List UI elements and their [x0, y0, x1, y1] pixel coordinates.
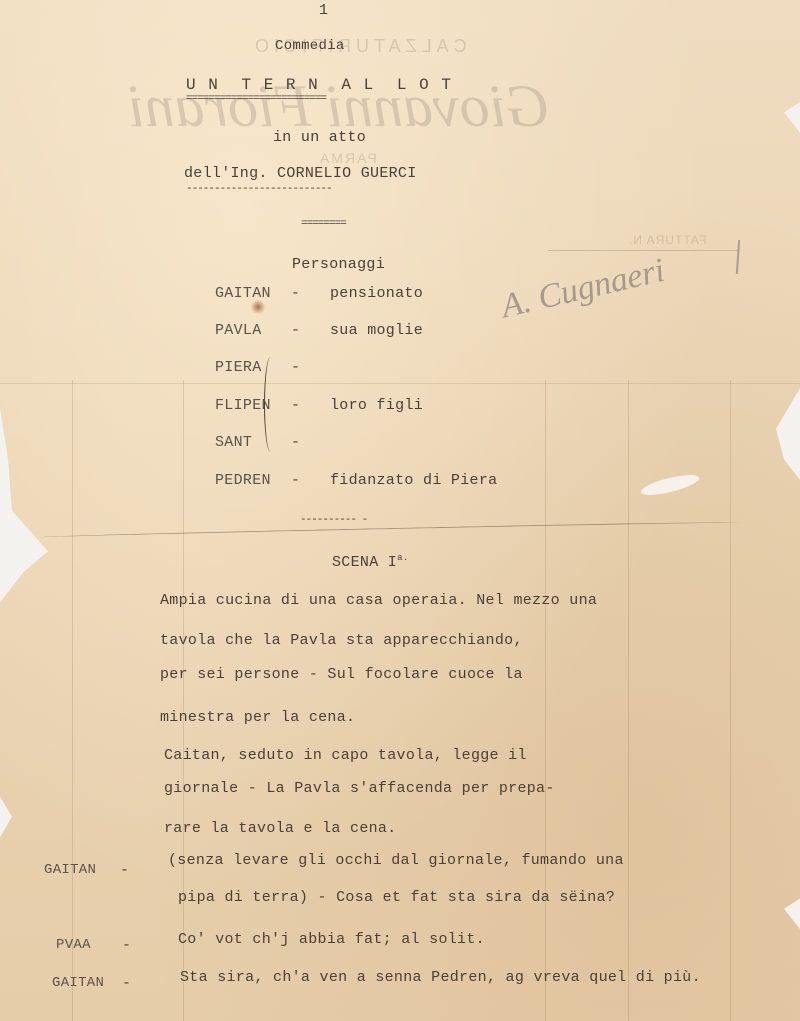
ruled-line: [72, 380, 73, 1021]
author-line: dell'Ing. CORNELIO GUERCI: [184, 165, 417, 182]
letterhead-line: [548, 250, 738, 251]
section-separator: ========: [301, 218, 346, 230]
stage-direction-line: giornale - La Pavla s'affacenda per prep…: [164, 780, 555, 797]
ruled-line: [628, 380, 629, 1021]
cast-dash: -: [291, 434, 300, 451]
scene-heading: SCENA Ia.: [332, 553, 409, 571]
ink-stain: [250, 300, 266, 314]
dialogue-line: pipa di terra) - Cosa et fat sta sira da…: [178, 889, 615, 906]
stage-direction-line: minestra per la cena.: [160, 709, 355, 726]
dialogue-dash: -: [122, 975, 131, 992]
cast-dash: -: [291, 359, 300, 376]
stage-direction-line: rare la tavola e la cena.: [164, 820, 397, 837]
page-number: 1: [319, 2, 328, 19]
scene-heading-text: SCENA I: [332, 554, 397, 571]
cast-role: loro figli: [330, 397, 423, 414]
cast-dash: -: [291, 397, 300, 414]
cast-name: PAVLA: [215, 322, 262, 339]
paper-tear: [40, 521, 740, 540]
cast-name: PEDREN: [215, 472, 271, 489]
cast-heading: Personaggi: [292, 256, 385, 273]
ruled-line: [183, 380, 184, 1021]
scene-heading-superscript: a.: [397, 553, 408, 563]
cast-name: FLIPEN: [215, 397, 271, 414]
author-underline: --------------------------: [186, 183, 332, 195]
stage-direction-line: Ampia cucina di una casa operaia. Nel me…: [160, 592, 597, 609]
stage-direction-line: per sei persone - Sul focolare cuoce la: [160, 666, 523, 683]
play-subtitle: in un atto: [273, 129, 366, 146]
cast-name: PIERA: [215, 359, 262, 376]
dialogue-speaker: GAITAN: [52, 975, 104, 991]
dialogue-line: (senza levare gli occhi dal giornale, fu…: [168, 852, 624, 869]
dialogue-dash: -: [120, 862, 129, 879]
ruled-line: [730, 380, 731, 1021]
stage-direction-line: Caitan, seduto in capo tavola, legge il: [164, 747, 527, 764]
letterhead-invoice-label: FATTURA N.: [628, 233, 706, 247]
typewritten-page: CALZATURIFICIO Giovanni Fiorani PARMA FA…: [0, 0, 800, 1021]
cast-name: SANT: [215, 434, 252, 451]
pencil-mark: [736, 240, 740, 274]
dialogue-speaker: GAITAN: [44, 862, 96, 878]
dialogue-speaker: PVAA: [56, 937, 91, 953]
cast-dash: -: [291, 322, 300, 339]
play-title: U N T E R N A L L O T: [186, 76, 452, 94]
pencil-signature: A. Cugnaeri: [498, 252, 669, 326]
cast-role: sua moglie: [330, 322, 423, 339]
cast-end-separator: ---------- -: [300, 514, 367, 526]
cast-role: fidanzato di Piera: [330, 472, 497, 489]
dialogue-dash: -: [122, 937, 131, 954]
ruled-line: [545, 380, 546, 1021]
cast-role: pensionato: [330, 285, 423, 302]
ruled-line: [0, 383, 800, 384]
dialogue-line: Co' vot ch'j abbia fat; al solit.: [178, 931, 485, 948]
cast-name: GAITAN: [215, 285, 271, 302]
stage-direction-line: tavola che la Pavla sta apparecchiando,: [160, 632, 523, 649]
title-underline: =========================: [186, 93, 326, 105]
letterhead-city: PARMA: [318, 150, 377, 166]
cast-dash: -: [291, 285, 300, 302]
dialogue-line: Sta sira, ch'a ven a senna Pedren, ag vr…: [180, 969, 701, 986]
paper-tear: [639, 471, 701, 499]
genre-label: Commedia: [275, 38, 345, 54]
cast-dash: -: [291, 472, 300, 489]
